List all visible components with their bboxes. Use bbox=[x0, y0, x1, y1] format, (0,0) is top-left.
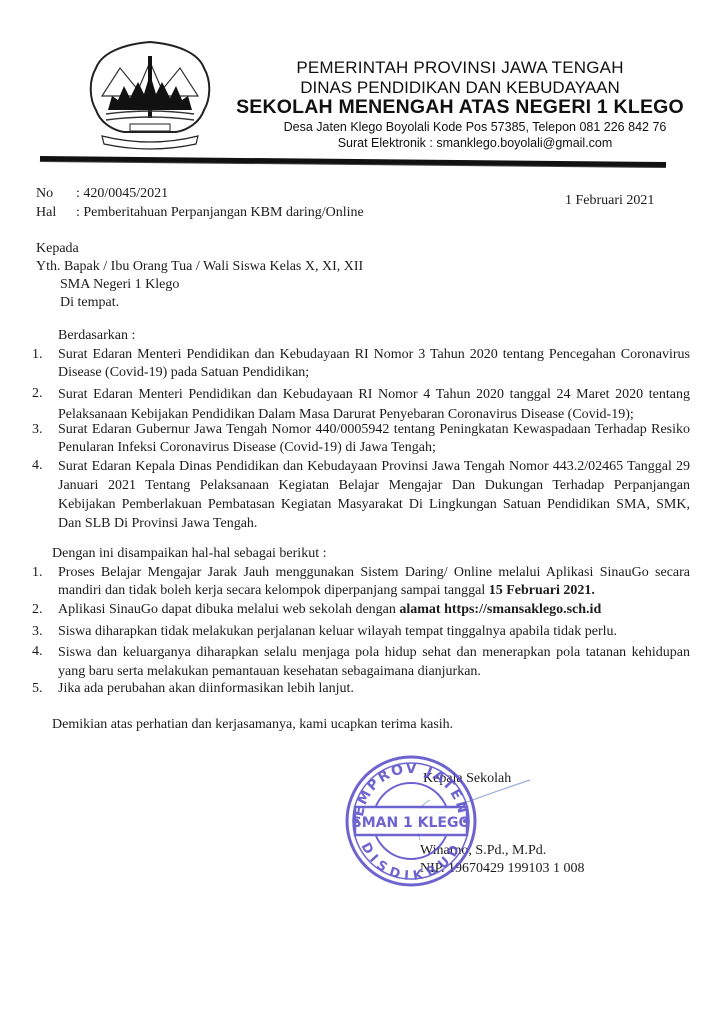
point-number: 1. bbox=[32, 564, 43, 581]
letterhead-school-name: SEKOLAH MENENGAH ATAS NEGERI 1 KLEGO bbox=[200, 96, 720, 119]
subject: : Pemberitahuan Perpanjangan KBM daring/… bbox=[76, 204, 364, 221]
point-deadline: 15 Februari 2021. bbox=[489, 583, 595, 598]
point-item: Jika ada perubahan akan diinformasikan l… bbox=[58, 680, 354, 697]
point-item: Siswa diharapkan tidak melakukan perjala… bbox=[58, 623, 617, 640]
province-emblem-icon bbox=[80, 38, 220, 150]
basis-intro: Berdasarkan : bbox=[58, 327, 135, 344]
basis-item: Surat Edaran Kepala Dinas Pendidikan dan… bbox=[58, 457, 690, 533]
basis-item-number: 4. bbox=[32, 457, 43, 474]
basis-item-number: 1. bbox=[32, 346, 43, 363]
basis-item-number: 3. bbox=[32, 421, 43, 438]
recipient-heading: Kepada bbox=[36, 240, 79, 257]
recipient-line: Yth. Bapak / Ibu Orang Tua / Wali Siswa … bbox=[36, 258, 363, 275]
school-stamp-icon: PEMPROV JATENG SMAN 1 KLEGO DISDIKBUD bbox=[343, 753, 479, 889]
school-url-link[interactable]: alamat https://smansaklego.sch.id bbox=[399, 602, 601, 617]
point-item: Siswa dan keluarganya diharapkan selalu … bbox=[58, 643, 690, 681]
letter-date: 1 Februari 2021 bbox=[565, 192, 654, 209]
letterhead-divider bbox=[40, 156, 666, 167]
letter-number: : 420/0045/2021 bbox=[76, 185, 168, 202]
point-number: 5. bbox=[32, 680, 43, 697]
recipient-place: Di tempat. bbox=[60, 294, 119, 311]
letterhead-email: Surat Elektronik : smanklego.boyolali@gm… bbox=[215, 136, 724, 150]
basis-item-number: 2. bbox=[32, 385, 43, 402]
letterhead-address: Desa Jaten Klego Boyolali Kode Pos 57385… bbox=[215, 120, 724, 134]
point-item: Proses Belajar Mengajar Jarak Jauh mengg… bbox=[58, 564, 690, 600]
basis-item: Surat Edaran Gubernur Jawa Tengah Nomor … bbox=[58, 421, 690, 457]
svg-text:DISDIKBUD: DISDIKBUD bbox=[358, 840, 465, 884]
letter-number-label: No bbox=[36, 185, 53, 202]
point-number: 3. bbox=[32, 623, 43, 640]
letterhead-department: DINAS PENDIDIKAN DAN KEBUDAYAAN bbox=[200, 78, 720, 98]
point-number: 2. bbox=[32, 601, 43, 618]
points-intro: Dengan ini disampaikan hal-hal sebagai b… bbox=[52, 545, 326, 562]
closing-statement: Demikian atas perhatian dan kerjasamanya… bbox=[52, 716, 453, 733]
recipient-school: SMA Negeri 1 Klego bbox=[60, 276, 179, 293]
letterhead-government: PEMERINTAH PROVINSI JAWA TENGAH bbox=[200, 58, 720, 78]
basis-item: Surat Edaran Menteri Pendidikan dan Kebu… bbox=[58, 346, 690, 382]
point-item: Aplikasi SinauGo dapat dibuka melalui we… bbox=[58, 601, 601, 618]
subject-label: Hal bbox=[36, 204, 56, 221]
basis-item: Surat Edaran Menteri Pendidikan dan Kebu… bbox=[58, 385, 690, 425]
point-number: 4. bbox=[32, 643, 43, 660]
svg-text:SMAN 1 KLEGO: SMAN 1 KLEGO bbox=[352, 815, 471, 831]
